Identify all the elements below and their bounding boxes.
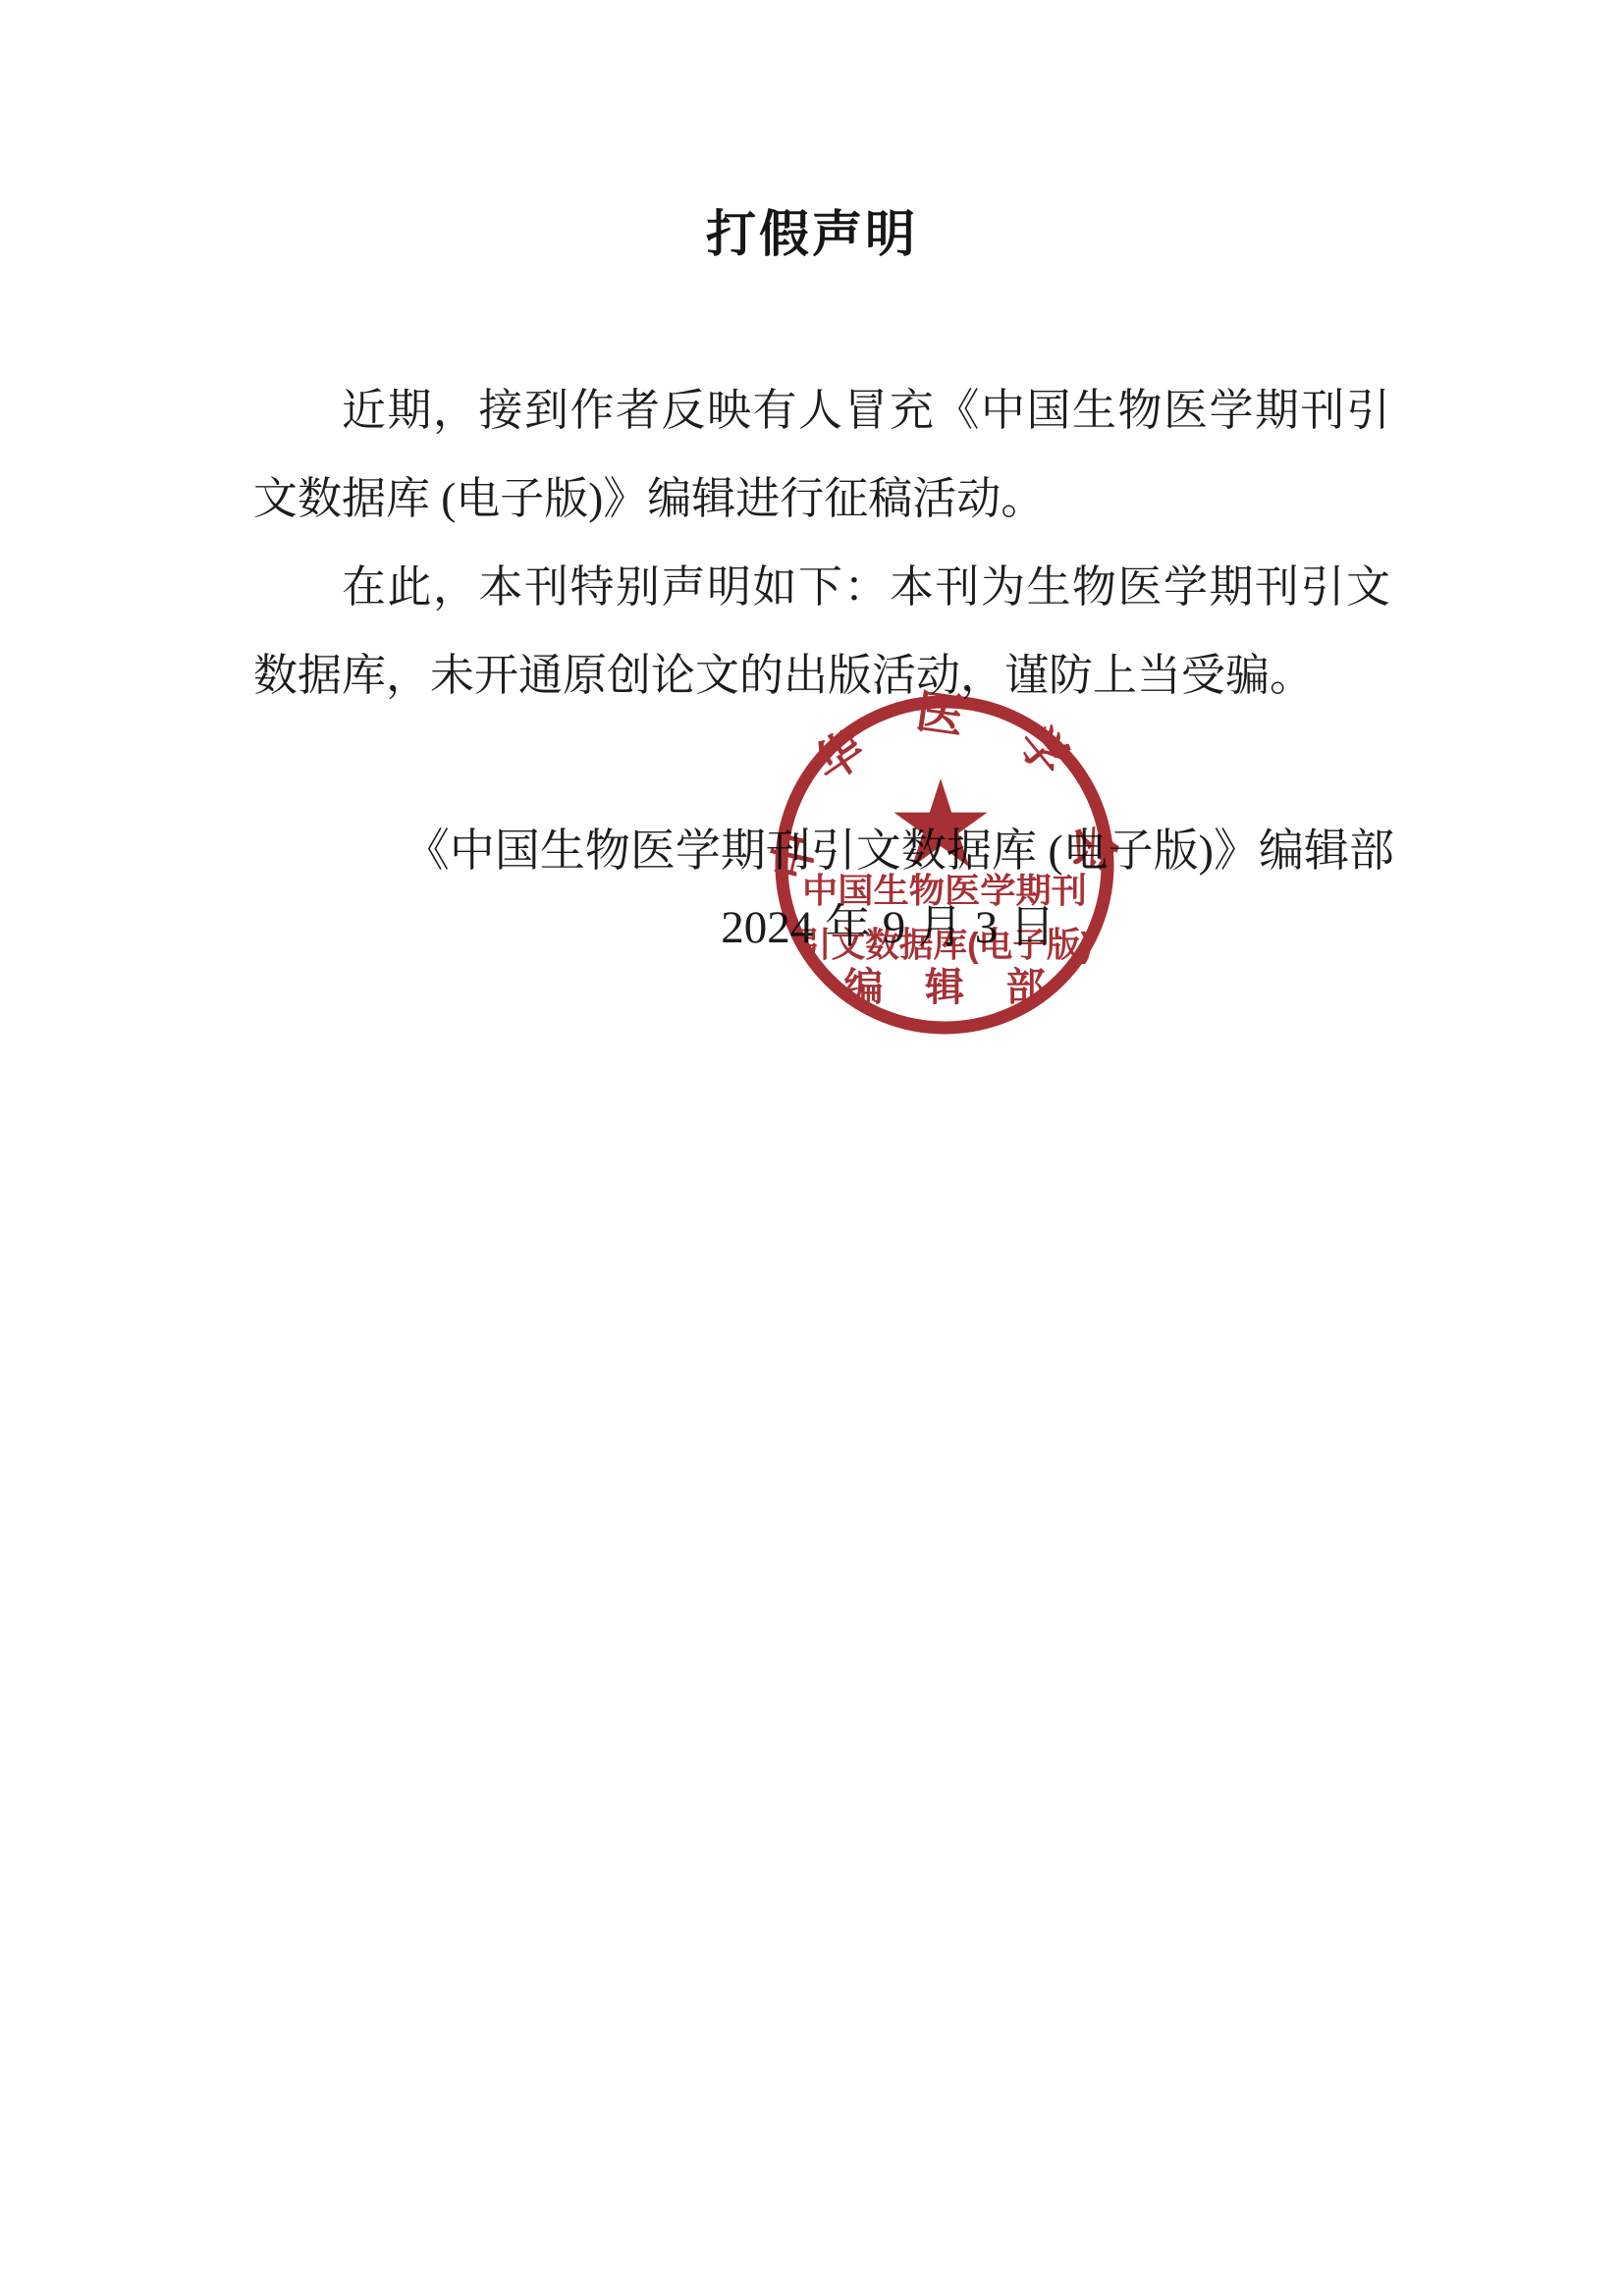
body-line-2: 文数据库 (电子版)》编辑进行征稿活动。 — [253, 454, 1390, 543]
document-page: 打假声明 近期，接到作者反映有人冒充《中国生物医学期刊引 文数据库 (电子版)》… — [0, 0, 1624, 2296]
date-line: 2024 年 9 月 3 日 — [253, 891, 1394, 964]
stamp-org-line-3: 编辑部 — [844, 966, 1046, 1009]
body-line-3: 在此，本刊特别声明如下：本刊为生物医学期刊引文 — [253, 543, 1390, 631]
stamp-arc-text-group: 中华医学会 — [768, 688, 1120, 923]
document-body: 近期，接到作者反映有人冒充《中国生物医学期刊引 文数据库 (电子版)》编辑进行征… — [253, 366, 1390, 720]
body-line-4: 数据库，未开通原创论文的出版活动，谨防上当受骗。 — [253, 631, 1390, 720]
signature-line: 《中国生物医学期刊引文数据库 (电子版)》编辑部 — [253, 815, 1394, 887]
document-title: 打假声明 — [0, 201, 1624, 270]
stamp-arc-text: 中华医学会 — [768, 688, 1120, 923]
body-line-1: 近期，接到作者反映有人冒充《中国生物医学期刊引 — [253, 366, 1390, 454]
